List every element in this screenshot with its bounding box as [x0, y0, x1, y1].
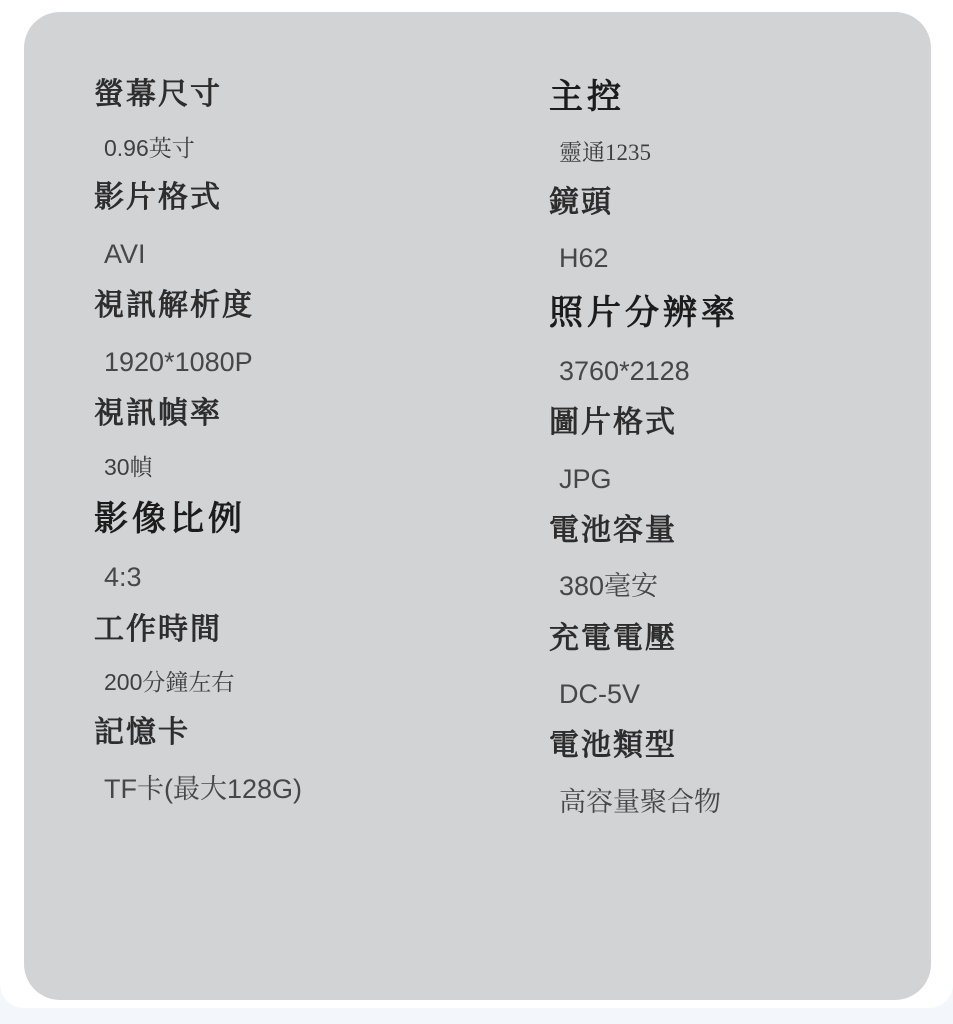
spec-label: 視訊幀率: [94, 397, 549, 431]
spec-label: 螢幕尺寸: [94, 78, 549, 112]
spec-row: 螢幕尺寸0.96英寸: [94, 78, 549, 161]
spec-label: 記憶卡: [94, 716, 549, 750]
spec-label: 充電電壓: [549, 622, 895, 656]
spec-row: 電池類型高容量聚合物: [549, 729, 895, 817]
spec-grid: 螢幕尺寸0.96英寸影片格式AVI視訊解析度1920*1080P視訊幀率30幀影…: [94, 78, 895, 837]
spec-row: 照片分辨率3760*2128: [549, 294, 895, 386]
spec-row: 記憶卡TF卡(最大128G): [94, 716, 549, 804]
spec-row: 圖片格式JPG: [549, 406, 895, 494]
spec-value: AVI: [94, 239, 549, 269]
spec-row: 影像比例4:3: [94, 500, 549, 592]
spec-value: 0.96英寸: [94, 136, 549, 162]
spec-row: 鏡頭H62: [549, 186, 895, 274]
spec-label: 主控: [549, 78, 895, 116]
spec-label: 視訊解析度: [94, 289, 549, 323]
spec-value: H62: [549, 243, 895, 273]
spec-value: JPG: [549, 464, 895, 494]
spec-row: 電池容量380毫安: [549, 514, 895, 602]
spec-row: 視訊幀率30幀: [94, 397, 549, 480]
spec-label: 影片格式: [94, 181, 549, 215]
spec-row: 視訊解析度1920*1080P: [94, 289, 549, 377]
spec-label: 電池容量: [549, 514, 895, 548]
spec-value: 4:3: [94, 562, 549, 592]
spec-label: 圖片格式: [549, 406, 895, 440]
spec-value: 靈通1235: [549, 140, 895, 166]
spec-label: 電池類型: [549, 729, 895, 763]
spec-label: 鏡頭: [549, 186, 895, 220]
spec-label: 工作時間: [94, 613, 549, 647]
spec-value: DC-5V: [549, 679, 895, 709]
spec-column-right: 主控靈通1235鏡頭H62照片分辨率3760*2128圖片格式JPG電池容量38…: [549, 78, 895, 837]
spec-row: 主控靈通1235: [549, 78, 895, 166]
spec-value: 30幀: [94, 455, 549, 481]
spec-row: 影片格式AVI: [94, 181, 549, 269]
spec-column-left: 螢幕尺寸0.96英寸影片格式AVI視訊解析度1920*1080P視訊幀率30幀影…: [94, 78, 549, 824]
spec-row: 充電電壓DC-5V: [549, 622, 895, 710]
spec-card: 螢幕尺寸0.96英寸影片格式AVI視訊解析度1920*1080P視訊幀率30幀影…: [24, 12, 931, 1000]
spec-value: 1920*1080P: [94, 347, 549, 377]
page-background: { "page": { "background_color": "#f3f7fc…: [0, 0, 953, 1024]
spec-value: 高容量聚合物: [549, 787, 895, 817]
spec-value: 380毫安: [549, 571, 895, 601]
spec-value: 3760*2128: [549, 356, 895, 386]
spec-label: 照片分辨率: [549, 294, 895, 332]
spec-label: 影像比例: [94, 500, 549, 538]
spec-row: 工作時間200分鐘左右: [94, 613, 549, 696]
spec-value: TF卡(最大128G): [94, 774, 549, 804]
spec-value: 200分鐘左右: [94, 670, 549, 696]
